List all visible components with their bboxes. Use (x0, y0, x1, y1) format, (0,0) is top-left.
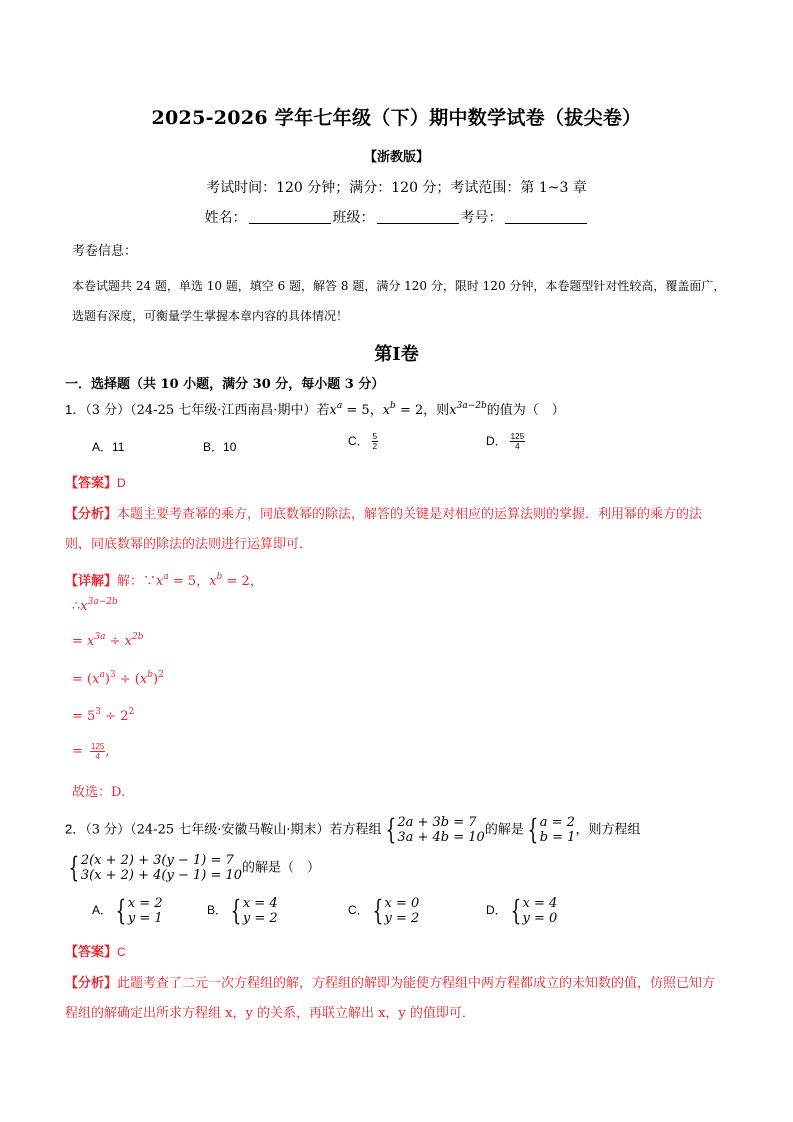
detail-step: ∴x3a−2b (72, 599, 118, 614)
stem-text: ，则方程组 (575, 823, 640, 838)
option-a[interactable]: A．{x = 2y = 1 (92, 896, 163, 926)
math-condition: xa = 5 (330, 403, 370, 418)
fraction: 1254 (510, 432, 525, 451)
question-source: （24-25 七年级·江西南昌·期中） (130, 403, 316, 418)
number-field[interactable] (505, 209, 587, 224)
option-c[interactable]: C．{x = 0y = 2 (348, 896, 419, 926)
stem-text: 的解是（ ） (242, 861, 320, 876)
question-source: （24-25 七年级·安徽马鞍山·期末） (130, 823, 329, 838)
conclusion-1: 故选：D. (72, 781, 125, 800)
question-score: （3 分） (85, 403, 130, 418)
question-2-stem: 2．（3 分）（24-25 七年级·安徽马鞍山·期末）若方程组{2a + 3b … (65, 815, 640, 845)
answer-1: 【答案】D (65, 472, 126, 491)
equation-system: {2(x + 2) + 3(y − 1) = 73(x + 2) + 4(y −… (65, 853, 242, 883)
solution-system: {a = 2b = 1 (524, 815, 576, 845)
info-label: 考卷信息： (72, 240, 137, 259)
option-b[interactable]: B．10 (203, 438, 236, 455)
student-info-line: 姓名：班级：考号： (0, 207, 793, 227)
fraction: 52 (372, 432, 378, 451)
equation-system: {2a + 3b = 73a + 4b = 10 (382, 815, 485, 845)
analysis-2: 【分析】此题考查了二元一次方程组的解，方程组的解即为能使方程组中两方程都成立的未… (65, 969, 727, 1029)
detail-step: = (xa)3 ÷ (xb)2 (72, 672, 164, 687)
class-label: 班级： (333, 210, 375, 226)
name-field[interactable] (249, 209, 331, 224)
number-label: 考号： (461, 210, 503, 226)
part-title: 一．选择题（共 10 小题，满分 30 分，每小题 3 分） (65, 373, 384, 392)
option-d[interactable]: D．{x = 4y = 0 (486, 896, 557, 926)
question-1-stem: 1．（3 分）（24-25 七年级·江西南昌·期中）若xa = 5，xb = 2… (65, 399, 565, 418)
question-number: 2． (65, 822, 85, 837)
option-b[interactable]: B．{x = 4y = 2 (207, 896, 278, 926)
option-d[interactable]: D．1254 (486, 432, 525, 451)
stem-text: 若 (317, 403, 330, 418)
document-title: 2025-2026 学年七年级（下）期中数学试卷（拔尖卷） (0, 103, 793, 130)
stem-text: ，则 (423, 403, 449, 418)
exam-info-line: 考试时间：120 分钟；满分：120 分；考试范围：第 1~3 章 (0, 177, 793, 197)
section-title: 第Ⅰ卷 (0, 340, 793, 366)
option-c[interactable]: C．52 (348, 432, 378, 451)
stem-text: 的解是 (485, 823, 524, 838)
question-2-stem-cont: {2(x + 2) + 3(y − 1) = 73(x + 2) + 4(y −… (65, 853, 320, 883)
option-a[interactable]: A．11 (92, 438, 124, 455)
math-target: x3a−2b (449, 403, 486, 418)
info-text: 本卷试题共 24 题，单选 10 题，填空 6 题，解答 8 题，满分 120 … (72, 271, 728, 331)
question-number: 1． (65, 402, 85, 417)
math-condition: xb = 2 (383, 403, 424, 418)
stem-text: 若方程组 (330, 823, 382, 838)
answer-2: 【答案】C (65, 941, 126, 960)
detail-1-intro: 【详解】解：∵xa = 5，xb = 2， (65, 570, 263, 589)
edition-label: 【浙教版】 (0, 146, 793, 165)
detail-step: = 1254, (72, 742, 110, 761)
class-field[interactable] (377, 209, 459, 224)
analysis-1: 【分析】本题主要考查幂的乘方，同底数幂的除法，解答的关键是对相应的运算法则的掌握… (65, 500, 727, 560)
detail-step: = 53 ÷ 22 (72, 709, 134, 724)
name-label: 姓名： (205, 210, 247, 226)
detail-step: = x3a ÷ x2b (72, 634, 143, 649)
stem-text: 的值为（ ） (487, 403, 565, 418)
question-score: （3 分） (85, 823, 130, 838)
